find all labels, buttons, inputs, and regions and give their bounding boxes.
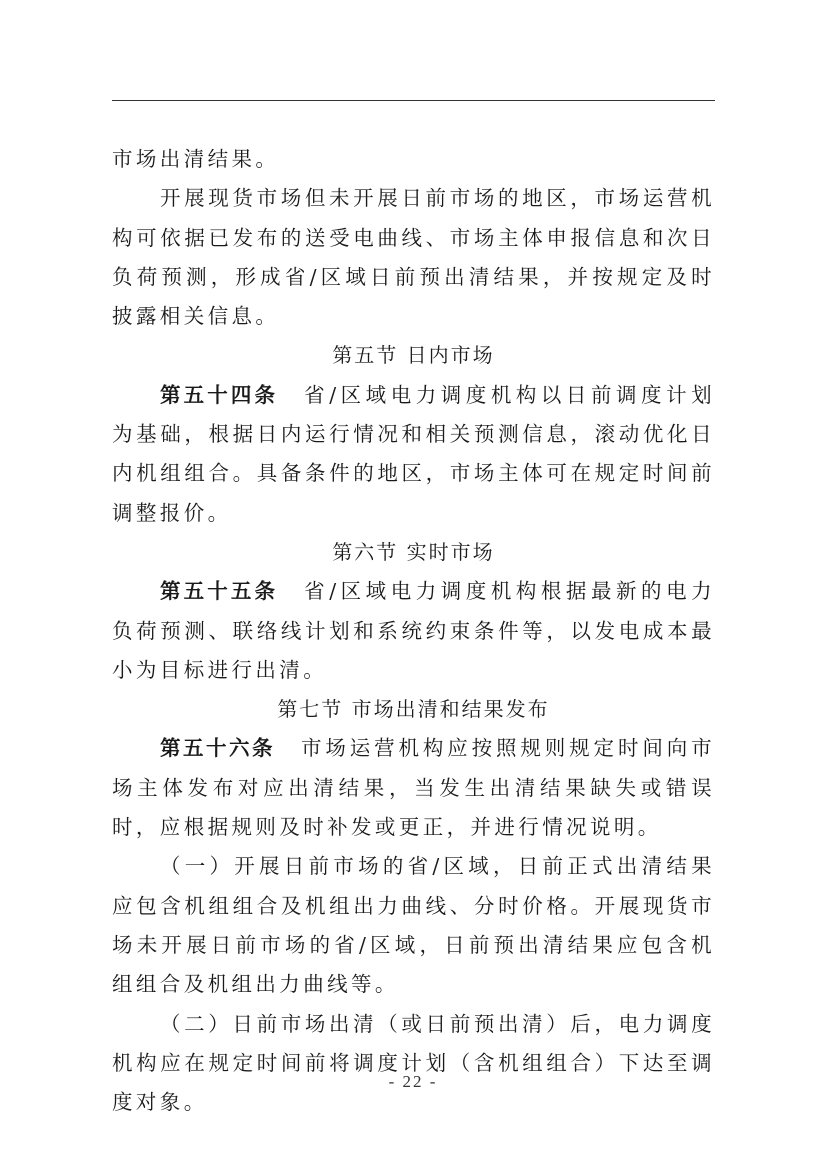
article-54: 第五十四条省/区域电力调度机构以日前调度计划为基础，根据日内运行情况和相关预测信… — [112, 376, 715, 533]
continuation-text: 市场出清结果。 — [112, 140, 715, 179]
section-heading-7: 第七节 市场出清和结果发布 — [112, 690, 715, 729]
article-number: 第五十四条 — [160, 383, 278, 407]
header-rule — [112, 100, 715, 101]
article-56-item-1: （一）开展日前市场的省/区域，日前正式出清结果应包含机组组合及机组出力曲线、分时… — [112, 847, 715, 1004]
section-heading-6: 第六节 实时市场 — [112, 533, 715, 572]
article-55: 第五十五条省/区域电力调度机构根据最新的电力负荷预测、联络线计划和系统约束条件等… — [112, 572, 715, 690]
document-body: 市场出清结果。 开展现货市场但未开展日前市场的地区，市场运营机构可依据已发布的送… — [112, 140, 715, 1122]
article-56: 第五十六条市场运营机构应按照规则规定时间向市场主体发布对应出清结果，当发生出清结… — [112, 729, 715, 847]
article-number: 第五十六条 — [160, 736, 275, 760]
article-56-item-2: （二）日前市场出清（或日前预出清）后，电力调度机构应在规定时间前将调度计划（含机… — [112, 1005, 715, 1123]
page-number: - 22 - — [0, 1072, 826, 1092]
paragraph-spot-market: 开展现货市场但未开展日前市场的地区，市场运营机构可依据已发布的送受电曲线、市场主… — [112, 179, 715, 336]
section-heading-5: 第五节 日内市场 — [112, 336, 715, 375]
article-number: 第五十五条 — [160, 579, 278, 603]
